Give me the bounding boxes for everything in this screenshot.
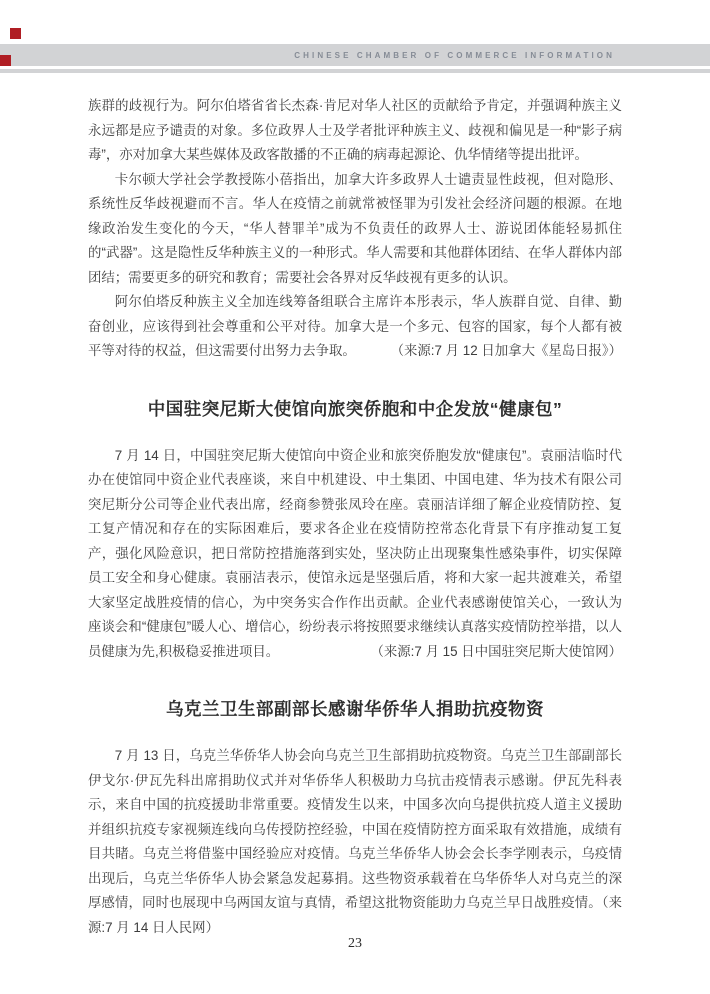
source-citation: （来源:7 月 12 日加拿大《星岛日报》） — [364, 339, 622, 364]
paragraph-with-source: 7 月 14 日，中国驻突尼斯大使馆向中资企业和旅突侨胞发放“健康包”。袁丽洁临… — [88, 444, 622, 665]
source-citation: （来源:7 月 15 日中国驻突尼斯大使馆网） — [344, 640, 622, 665]
page-content: 族群的歧视行为。阿尔伯塔省省长杰森·肯尼对华人社区的贡献给予肯定，并强调种族主义… — [88, 94, 622, 940]
header-band: CHINESE CHAMBER OF COMMERCE INFORMATION — [0, 44, 710, 66]
header-rule — [0, 69, 710, 73]
page-number: 23 — [0, 936, 710, 952]
red-accent-square-top — [10, 28, 21, 39]
article-heading-tunisia: 中国驻突尼斯大使馆向旅突侨胞和中企发放“健康包” — [88, 396, 622, 422]
document-page: CHINESE CHAMBER OF COMMERCE INFORMATION … — [0, 0, 710, 994]
header-title: CHINESE CHAMBER OF COMMERCE INFORMATION — [294, 51, 615, 60]
red-accent-square-left — [0, 55, 11, 66]
paragraph-with-source: 阿尔伯塔反种族主义全加连线筹备组联合主席许本彤表示，华人族群自觉、自律、勤奋创业… — [88, 290, 622, 364]
paragraph-text: 7 月 14 日，中国驻突尼斯大使馆向中资企业和旅突侨胞发放“健康包”。袁丽洁临… — [88, 448, 622, 659]
paragraph-with-source: 7 月 13 日，乌克兰华侨华人协会向乌克兰卫生部捐助抗疫物资。乌克兰卫生部副部… — [88, 744, 622, 940]
paragraph: 卡尔顿大学社会学教授陈小蓓指出，加拿大许多政界人士谴责显性歧视，但对隐形、系统性… — [88, 168, 622, 291]
article-heading-ukraine: 乌克兰卫生部副部长感谢华侨华人捐助抗疫物资 — [88, 696, 622, 722]
paragraph-continuation: 族群的歧视行为。阿尔伯塔省省长杰森·肯尼对华人社区的贡献给予肯定，并强调种族主义… — [88, 94, 622, 168]
paragraph-text: 7 月 13 日，乌克兰华侨华人协会向乌克兰卫生部捐助抗疫物资。乌克兰卫生部副部… — [88, 748, 622, 910]
